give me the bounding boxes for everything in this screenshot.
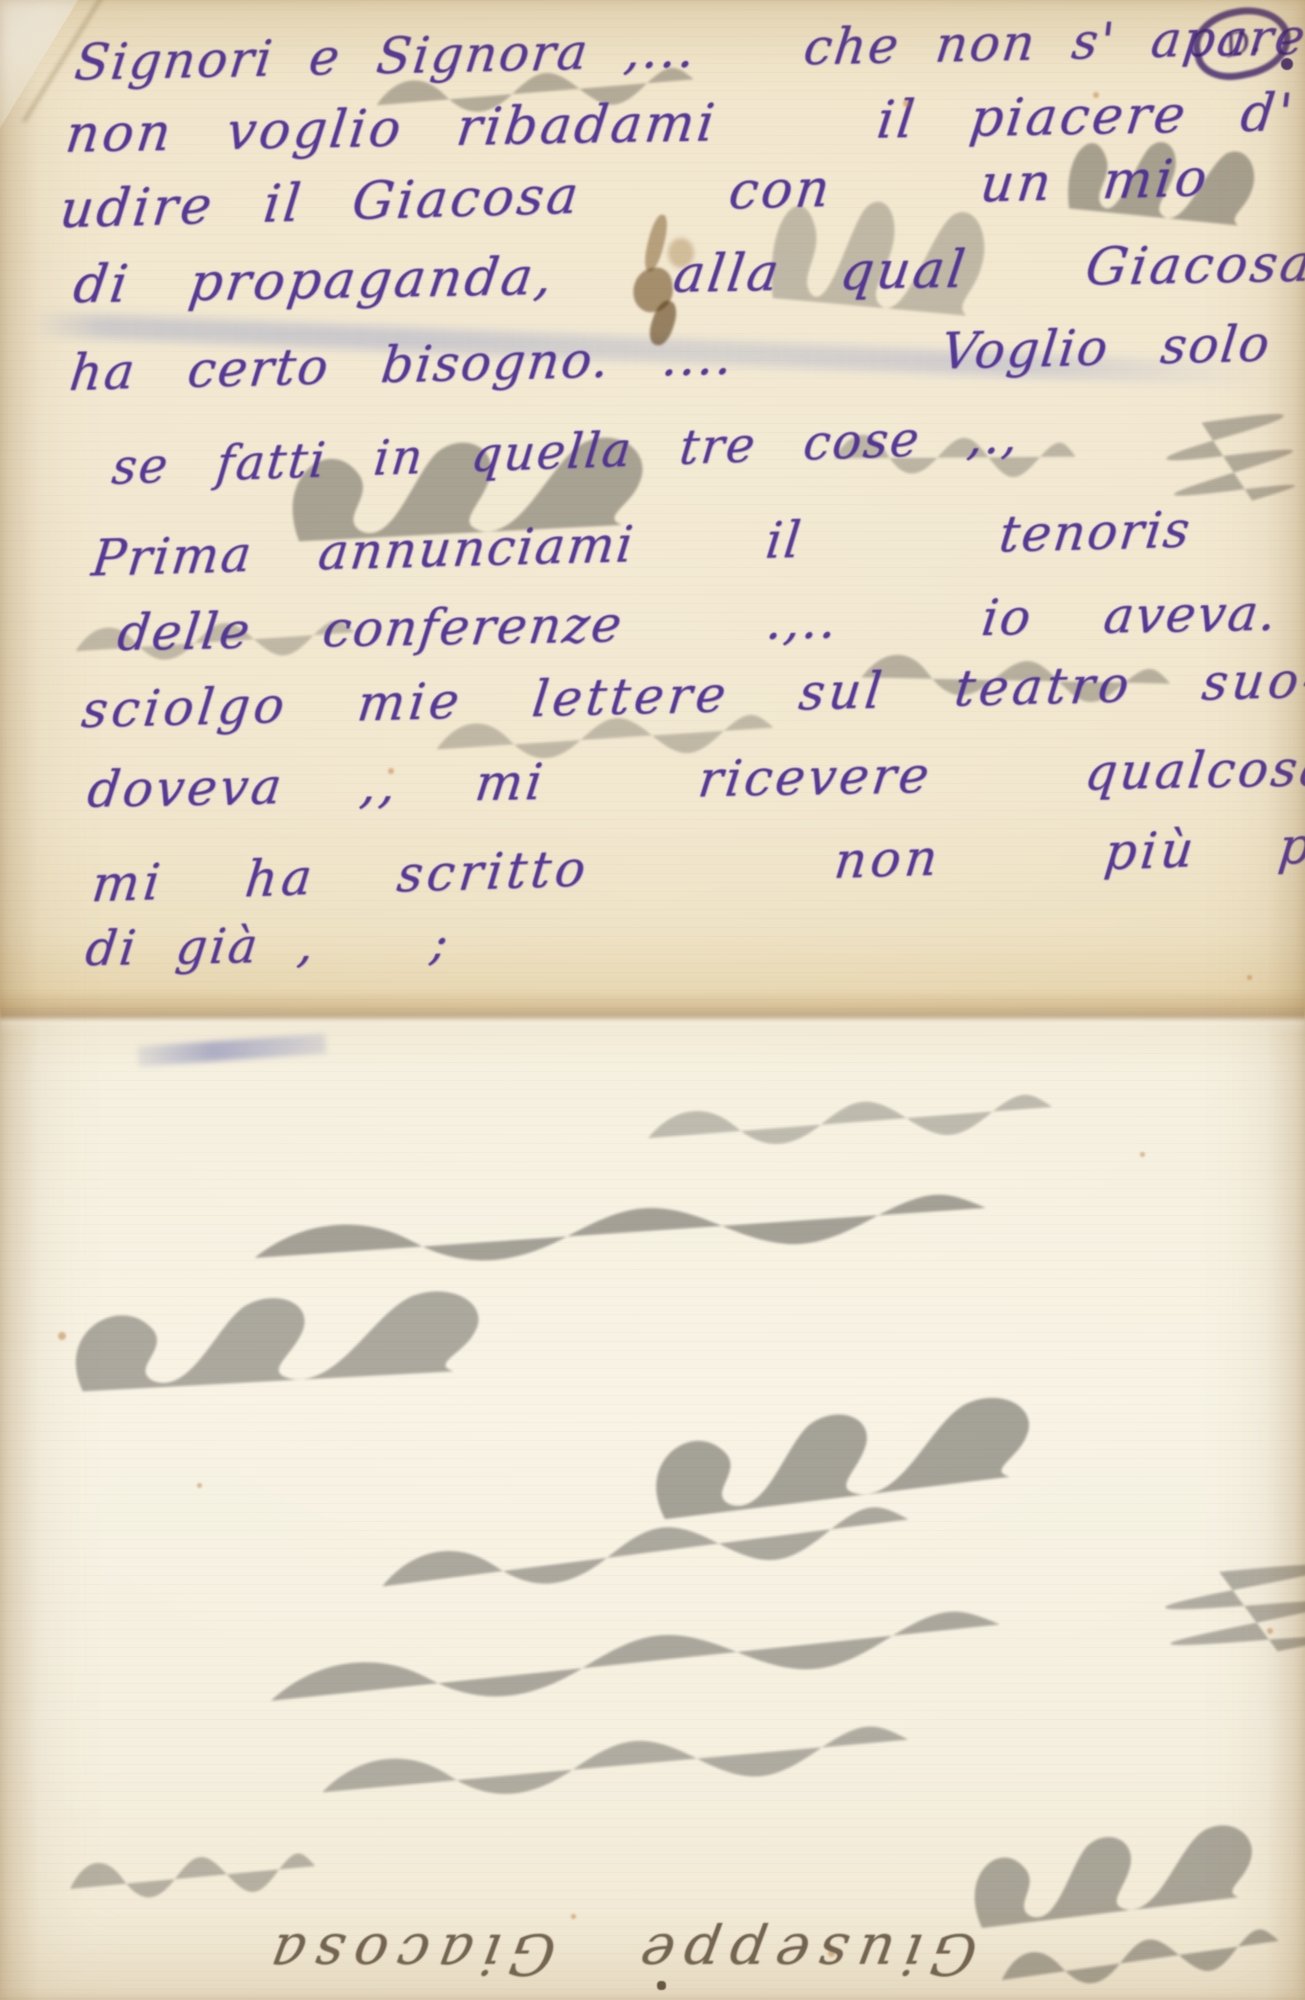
letter-page: Signori e Signora ,... che non s' aparen… (0, 0, 1305, 2000)
bleedthrough-mark (950, 1800, 1281, 1944)
manuscript-line-8: delle conferenze .,.. io aveva. (115, 584, 1282, 662)
bleedthrough-mark (253, 1589, 1017, 1730)
bleedthrough-mark (239, 1175, 1002, 1285)
manuscript-line-1: Signori e Signora ,... che non s' aparen… (72, 6, 1305, 92)
pencil-inscription: Giuseppe Giacosa (135, 1876, 989, 1986)
manuscript-line-7: Prima annunciami il tenoris (89, 501, 1195, 588)
manuscript-line-11: mi ha scritto non più prese (89, 813, 1305, 914)
bleedthrough-mark (639, 1079, 1062, 1161)
foxing-speck (1267, 1628, 1273, 1634)
manuscript-line-10: doveva ,, mi ricevere qualcosa (85, 739, 1305, 819)
ink-dot (1281, 58, 1293, 70)
bleedthrough-mark (993, 1913, 1288, 2000)
bleedthrough-mark (308, 1707, 921, 1819)
foxing-speck (197, 1483, 202, 1488)
ink-smudge-dash (138, 1033, 327, 1066)
bleedthrough-mark (1115, 1546, 1305, 1674)
foxing-speck (1093, 92, 1099, 98)
manuscript-line-12: di già , ; (83, 915, 454, 977)
bleedthrough-mark (368, 1486, 922, 1613)
bleedthrough-mark (47, 1266, 514, 1408)
manuscript-line-9: sciolgo mie lettere sul teatro suo- (79, 651, 1305, 740)
pencil-speck (657, 1981, 666, 1990)
foxing-speck (1247, 975, 1252, 980)
fold-crease (0, 992, 1305, 1034)
foxing-speck (388, 768, 394, 774)
foxing-speck (58, 1332, 66, 1340)
foxing-speck (1140, 1152, 1145, 1157)
manuscript-line-6: se fatti in quella tre cose ,., (109, 408, 1022, 496)
bleedthrough-mark (624, 1369, 1065, 1538)
foxing-speck (903, 100, 910, 107)
paper-fold-corner (0, 0, 78, 128)
